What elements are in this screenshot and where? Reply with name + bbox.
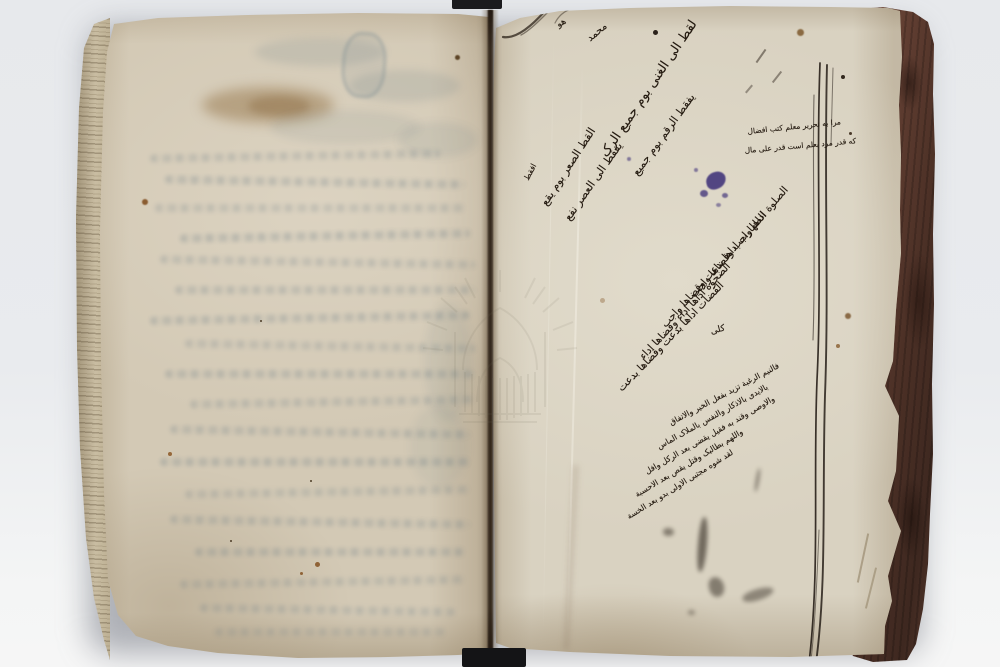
bleed-through-line bbox=[200, 604, 455, 616]
watermark-base-hatch bbox=[459, 372, 541, 422]
manuscript-photo: محمد هو لقط الی الغنی بوم جمیع الرک یفقط… bbox=[0, 0, 1000, 667]
pen-test-stroke bbox=[745, 85, 753, 94]
foxing-dot bbox=[168, 452, 172, 456]
bleed-through-line bbox=[150, 149, 440, 162]
foxing-dot bbox=[315, 562, 320, 567]
inscription-lower-line: لقد شوه مجتبی الاولی بدو بعد الخسة bbox=[625, 448, 735, 521]
bleed-through-line bbox=[155, 204, 465, 212]
foxing-dot bbox=[797, 29, 804, 36]
ink-smudge bbox=[688, 610, 695, 615]
ink-spot bbox=[653, 30, 658, 35]
ink-stamp-spot bbox=[722, 193, 728, 198]
paper-fold-shadow bbox=[563, 465, 579, 650]
pen-test-stroke bbox=[772, 71, 782, 83]
ink-smudge bbox=[754, 468, 761, 492]
ink-stamp-spot bbox=[700, 190, 708, 197]
ink-stamp bbox=[704, 170, 728, 192]
foxing-dot bbox=[600, 298, 605, 303]
bleed-through-line bbox=[170, 515, 470, 528]
ink-smudge bbox=[707, 576, 726, 599]
inscription-kulli: كلی bbox=[709, 324, 726, 337]
abrasion-scratch bbox=[865, 567, 877, 608]
watermark-dome bbox=[463, 308, 537, 370]
dust-speck bbox=[260, 320, 262, 322]
foxing-dot bbox=[845, 313, 851, 319]
bleed-through-line bbox=[165, 175, 465, 188]
ink-spot bbox=[849, 132, 852, 135]
ink-spot bbox=[841, 75, 845, 79]
inscription-pen-trial: لقط الی الغنی بوم جمیع الرک bbox=[598, 18, 701, 160]
ink-stamp-spot bbox=[716, 203, 721, 207]
foxing-dot bbox=[300, 572, 303, 575]
bleed-through-blob bbox=[255, 38, 385, 66]
bleed-through-line bbox=[215, 628, 445, 636]
ink-smudge bbox=[663, 528, 674, 536]
ink-smudge bbox=[696, 517, 710, 573]
bleed-through-blob bbox=[350, 70, 460, 102]
bleed-through-line bbox=[195, 548, 465, 556]
ink-stamp-spot bbox=[694, 168, 698, 172]
inscription-fiqh-line: القضات اداها بدعت وقضاها بدعت bbox=[615, 280, 726, 394]
binding-tab-top bbox=[452, 0, 502, 9]
ink-stamp-spot bbox=[627, 157, 631, 161]
abrasion-scratch bbox=[857, 533, 869, 582]
pen-test-stroke bbox=[756, 49, 767, 63]
binding-tab-bottom bbox=[462, 648, 526, 667]
bleed-through-line bbox=[180, 576, 465, 589]
foxing-dot bbox=[455, 55, 460, 60]
dust-speck bbox=[230, 540, 232, 542]
inscription-top-flourish: محمد bbox=[585, 21, 610, 44]
bleed-through-line bbox=[160, 458, 470, 466]
dust-speck bbox=[310, 480, 312, 482]
ink-smudge bbox=[741, 584, 775, 604]
bleed-through-line bbox=[180, 229, 470, 242]
watermark-rays bbox=[423, 270, 577, 350]
inscription-pen-trial: افقط bbox=[522, 162, 538, 182]
foxing-dot bbox=[836, 344, 840, 348]
bleed-through-line bbox=[185, 486, 470, 499]
library-watermark bbox=[415, 262, 585, 442]
inscription-lower-line: فالنیم الرغبة تزید بفعل الخیر والاتفاق bbox=[668, 361, 781, 427]
foxing-dot bbox=[142, 199, 148, 205]
